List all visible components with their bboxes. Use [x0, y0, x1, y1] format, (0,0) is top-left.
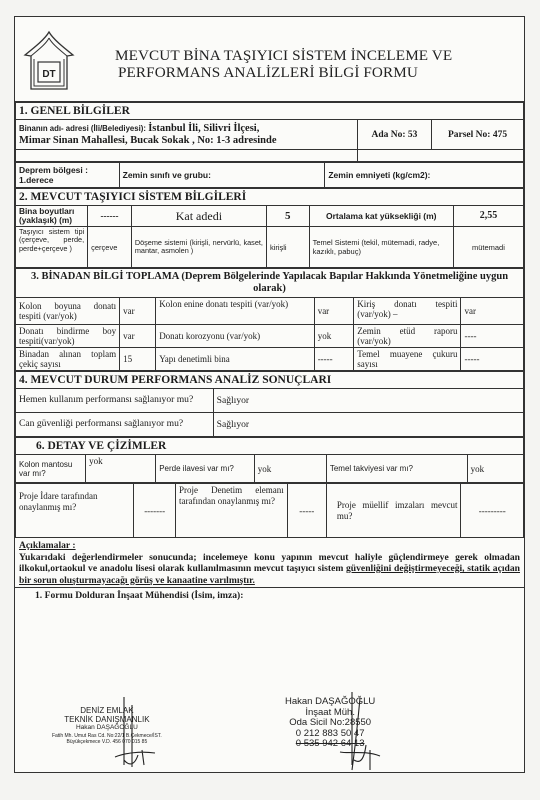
address-line-2: Mimar Sinan Mahallesi, Bucak Sokak , No:…	[19, 135, 276, 146]
title-line-1: MEVCUT BİNA TAŞIYICI SİSTEM İNCELEME VE	[115, 47, 452, 64]
zemin-emniyeti: Zemin emniyeti (kg/cm2):	[325, 163, 524, 188]
s3-r3-c1-label: Binadan alınan toplam çekiç sayısı	[16, 348, 120, 371]
section-4-heading: 4. MEVCUT DURUM PERFORMANS ANALİZ SONUÇL…	[16, 372, 524, 389]
s3-r3-c3-label: Temel muayene çukuru sayısı	[354, 348, 461, 371]
kat-yuksekligi-value: 2,55	[453, 206, 523, 227]
kolon-mantosu-label: Kolon mantosu var mı?	[16, 455, 86, 483]
s3-r1-c3-label: Kiriş donatı tespiti (var/yok) –	[354, 298, 461, 325]
section-detay-cizimler: 6. DETAY VE ÇİZİMLER Kolon mantosu var m…	[15, 437, 524, 483]
deprem-value: 1.derece	[19, 175, 54, 185]
section-1-zemin-row: Deprem bölgesi : 1.derece Zemin sınıfı v…	[15, 162, 524, 188]
section-3-heading: 3. BİNADAN BİLGİ TOPLAMA (Deprem Bölgele…	[16, 269, 524, 298]
s3-r2-c2-value: yok	[314, 325, 354, 348]
section-tasiyici-sistem: 2. MEVCUT TAŞIYICI SİSTEM BİLGİLERİ Bina…	[15, 188, 524, 268]
tasiyici-value: çerçeve	[88, 227, 132, 268]
perde-ilavesi-value: yok	[254, 455, 326, 483]
proje-denetim-value: -----	[287, 484, 326, 538]
tasiyici-label: Taşıyıcı sistem tipi (çerçeve, perde, pe…	[16, 227, 88, 268]
temel-takviyesi-label: Temel takviyesi var mı?	[326, 455, 467, 483]
s3-r2-c1-label: Donatı bindirme boy tespiti(var/yok)	[16, 325, 120, 348]
title-line-2: PERFORMANS ANALİZLERİ BİLGİ FORMU	[115, 64, 452, 81]
s3-r1-c1-label: Kolon boyuna donatı tespiti (var/yok)	[16, 298, 120, 325]
aciklamalar-heading: Açıklamalar :	[19, 540, 520, 552]
section-genel-bilgiler: 1. GENEL BİLGİLER Binanın adı- adresi (İ…	[15, 102, 524, 162]
s3-r1-c2-label: Kolon enine donatı tespiti (var/yok)	[156, 298, 315, 325]
can-guvenligi-value: Sağlıyor	[213, 413, 523, 437]
proje-denetim-label: Proje Denetim elemanı tarafından onaylan…	[176, 484, 288, 538]
svg-text:DT: DT	[42, 69, 55, 80]
perde-ilavesi-label: Perde ilavesi var mı?	[156, 455, 255, 483]
address-line-1: İstanbul İli, Silivri İlçesi,	[148, 123, 259, 134]
s3-r3-c2-label: Yapı denetimli bina	[156, 348, 315, 371]
doseme-label: Döşeme sistemi (kirişli, nervürlü, kaset…	[131, 227, 266, 268]
proje-idare-value: -------	[134, 484, 176, 538]
section-3-heading-text: 3. BİNADAN BİLGİ TOPLAMA (Deprem Bölgele…	[31, 271, 508, 294]
deprem-label: Deprem bölgesi :	[19, 165, 88, 175]
section-6-proje-row: Proje İdare tarafından onaylanmış mı? --…	[15, 483, 524, 538]
form-title: MEVCUT BİNA TAŞIYICI SİSTEM İNCELEME VE …	[115, 47, 452, 81]
form-page: DT MEVCUT BİNA TAŞIYICI SİSTEM İNCELEME …	[14, 16, 525, 773]
empty-cell	[16, 150, 358, 162]
zemin-sinifi-label: Zemin sınıfı ve grubu:	[123, 170, 211, 180]
temel-takviyesi-value: yok	[467, 455, 523, 483]
deprem-bolgesi: Deprem bölgesi : 1.derece	[16, 163, 120, 188]
s3-r1-c1-value: var	[120, 298, 156, 325]
bina-boyut-value: ------	[88, 206, 132, 227]
kat-adedi-label: Kat adedi	[131, 206, 266, 227]
proje-muellif-value: ---------	[461, 484, 524, 538]
house-logo-icon: DT	[19, 29, 79, 95]
s3-r2-c3-label: Zemin etüd raporu (var/yok)	[354, 325, 461, 348]
ada-no: Ada No: 53	[357, 120, 431, 150]
s3-r3-c3-value: -----	[461, 348, 524, 371]
zemin-emniyeti-label: Zemin emniyeti (kg/cm2):	[328, 170, 430, 180]
kolon-mantosu-value: yok	[86, 455, 156, 483]
proje-muellif-label: Proje müellif imzaları mevcut mu?	[326, 484, 461, 538]
empty-cell	[357, 150, 523, 162]
s3-r3-c1-value: 15	[120, 348, 156, 371]
form-content: 1. GENEL BİLGİLER Binanın adı- adresi (İ…	[15, 102, 524, 603]
section-performans-analiz: 4. MEVCUT DURUM PERFORMANS ANALİZ SONUÇL…	[15, 371, 524, 437]
zemin-sinifi: Zemin sınıfı ve grubu:	[119, 163, 325, 188]
s3-r2-c2-label: Donatı korozyonu (var/yok)	[156, 325, 315, 348]
hemen-kullanim-value: Sağlıyor	[213, 389, 523, 413]
s3-r2-c1-value: var	[120, 325, 156, 348]
engineer-label: 1. Formu Dolduran İnşaat Mühendisi (İsim…	[15, 588, 524, 603]
form-header: DT MEVCUT BİNA TAŞIYICI SİSTEM İNCELEME …	[15, 17, 524, 102]
s3-r2-c3-value: ----	[461, 325, 524, 348]
address-cell: Binanın adı- adresi (İli/Belediyesi): İs…	[16, 120, 358, 150]
aciklamalar-block: Açıklamalar : Yukarıdaki değerlendirmele…	[15, 538, 524, 588]
section-binadan-bilgi: 3. BİNADAN BİLGİ TOPLAMA (Deprem Bölgele…	[15, 268, 524, 371]
parsel-no: Parsel No: 475	[432, 120, 524, 150]
hemen-kullanim-label: Hemen kullanım performansı sağlanıyor mu…	[16, 389, 214, 413]
s3-r1-c2-value: var	[314, 298, 354, 325]
kat-yuksekligi-label: Ortalama kat yüksekliği (m)	[309, 206, 453, 227]
can-guvenligi-label: Can güvenliği performansı sağlanıyor mu?	[16, 413, 214, 437]
doseme-value: kirişli	[266, 227, 309, 268]
section-2-heading: 2. MEVCUT TAŞIYICI SİSTEM BİLGİLERİ	[16, 189, 524, 206]
s3-r1-c3-value: var	[461, 298, 524, 325]
section-6-heading: 6. DETAY VE ÇİZİMLER	[16, 438, 524, 455]
signature-icon	[330, 690, 390, 775]
temel-label: Temel Sistemi (tekil, mütemadi, radye, k…	[309, 227, 453, 268]
address-label: Binanın adı- adresi (İli/Belediyesi):	[19, 124, 146, 133]
signature-icon	[110, 695, 170, 770]
s3-r3-c2-value: -----	[314, 348, 354, 371]
proje-idare-label: Proje İdare tarafından onaylanmış mı?	[16, 484, 134, 538]
section-1-heading: 1. GENEL BİLGİLER	[16, 103, 524, 120]
kat-adedi-value: 5	[266, 206, 309, 227]
bina-boyut-label: Bina boyutları (yaklaşık) (m)	[16, 206, 88, 227]
temel-value: mütemadi	[453, 227, 523, 268]
